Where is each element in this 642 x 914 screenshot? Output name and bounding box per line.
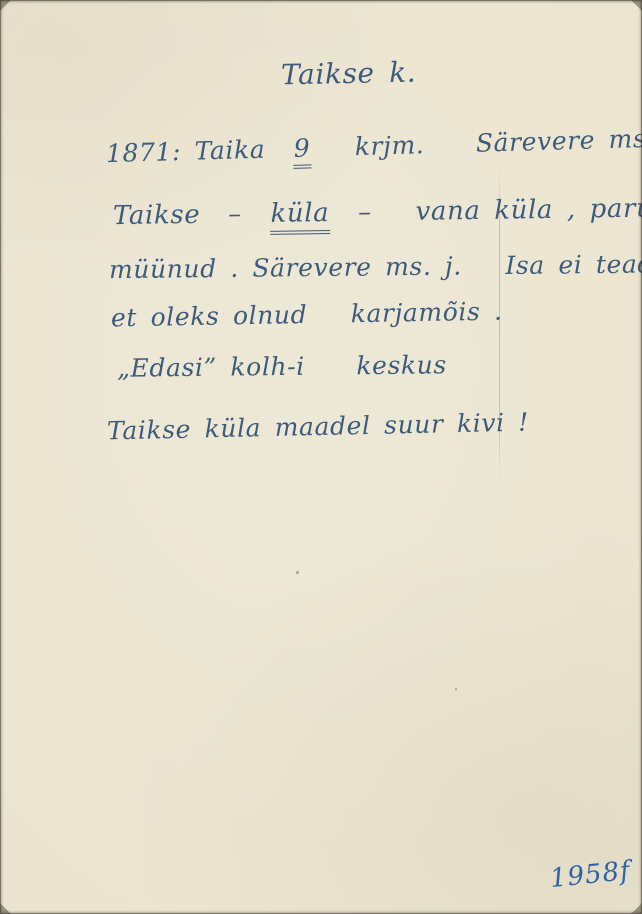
note-paragraph-line-1: Taikse – küla – vana küla , parunid	[113, 193, 642, 237]
note-line-suur-kivi: Taikse küla maadel suur kivi !	[107, 408, 529, 447]
year-mark: 1958f	[549, 856, 633, 895]
line-1871-number-double-underlined: 9	[292, 133, 311, 169]
line-1871-abbreviation: krjm.	[354, 130, 424, 162]
note-paragraph-line-2: müünud . Särevere ms. j. Isa ei teadnud,	[109, 249, 642, 285]
paragraph-line-3-first: et oleks olnud	[111, 300, 308, 333]
paragraph-line-3-second: karjamõis .	[350, 297, 502, 330]
dash: –	[228, 199, 242, 230]
scan-corner-shadow-bottom-left	[0, 903, 11, 914]
paper-speck	[455, 688, 457, 690]
word-kyla-double-underlined: küla	[269, 198, 330, 235]
paragraph-village-name: Taikse	[113, 200, 201, 232]
paragraph-line-2-first: müünud . Särevere ms. j.	[109, 251, 462, 285]
scan-corner-shadow-bottom-right	[631, 903, 642, 914]
note-line-1871: 1871: Taika 9 krjm. Särevere ms. j.	[106, 123, 642, 174]
edasi-kolhoos-name: „Edasi” kolh-i	[117, 352, 305, 384]
dash: –	[358, 197, 372, 228]
paper-speck	[296, 571, 299, 574]
note-title: Taikse k.	[281, 56, 417, 92]
note-paragraph-line-3: et oleks olnud karjamõis .	[111, 297, 503, 334]
edasi-kolhoos-keskus: keskus	[356, 350, 447, 381]
note-line-edasi-kolhoos: „Edasi” kolh-i keskus	[117, 350, 447, 383]
paragraph-line-2-second: Isa ei teadnud,	[505, 249, 642, 281]
scan-corner-shadow-top-left	[0, 0, 11, 11]
scanned-handwritten-note: Taikse k. 1871: Taika 9 krjm. Särevere m…	[0, 0, 642, 914]
scan-corner-shadow-top-right	[631, 0, 642, 11]
line-1871-prefix: 1871: Taika	[106, 135, 266, 169]
line-1871-place: Särevere ms. j.	[475, 123, 642, 159]
paragraph-line-1-rest: vana küla , parunid	[415, 193, 642, 228]
